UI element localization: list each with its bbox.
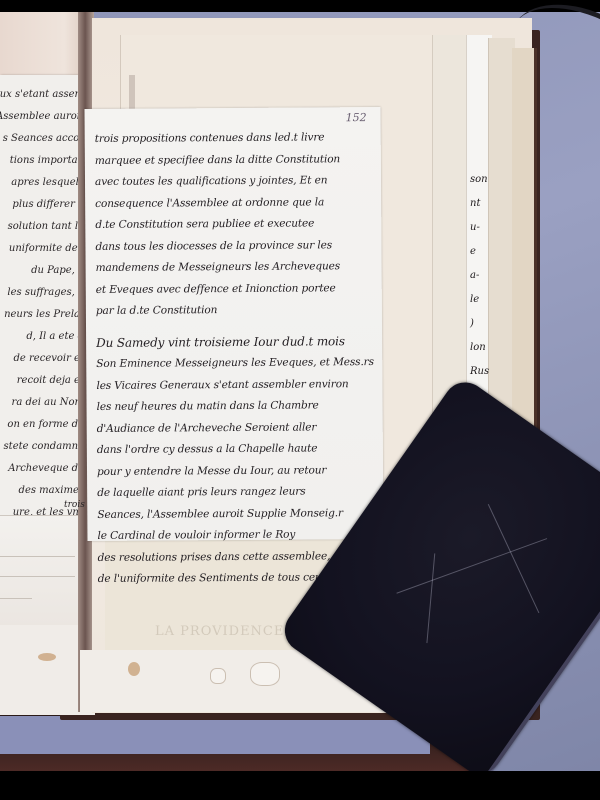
- manuscript-line: le Cardinal de vouloir informer le Roy: [97, 524, 379, 547]
- bottom-black-border: [0, 771, 600, 800]
- left-line: les suffrages, a: [7, 287, 84, 298]
- manuscript-line: dans l'ordre cy dessus a la Chapelle hau…: [97, 438, 379, 461]
- strip-word: a-: [470, 264, 492, 288]
- left-line: ra dei au Nom: [12, 397, 84, 408]
- strip-word: nt: [470, 192, 492, 216]
- table-strip: [0, 716, 430, 754]
- manuscript-entry-heading: Du Samedy vint troisieme Iour dud.t mois: [96, 330, 378, 353]
- strip-word: le: [470, 288, 492, 312]
- left-line: on en forme de: [7, 419, 84, 430]
- left-line: Assemblee auroit: [0, 111, 84, 122]
- manuscript-line: les neuf heures du matin dans la Chambre: [97, 395, 379, 418]
- left-line: neurs les Prelat: [4, 309, 84, 320]
- left-line: de recevoir et: [14, 353, 84, 364]
- manuscript-line: dans tous les diocesses de la province s…: [95, 234, 377, 257]
- left-catchword: trois: [64, 500, 85, 510]
- left-line: tions importan: [10, 155, 84, 166]
- strip-word: lon: [470, 336, 492, 360]
- strip-word: son: [470, 168, 492, 192]
- manuscript-line: pour y entendre la Messe du Iour, au ret…: [97, 459, 379, 482]
- left-line: plus differer a: [12, 199, 84, 210]
- manuscript-line: Seances, l'Assemblee auroit Supplie Mons…: [97, 502, 379, 525]
- folio-number: 152: [346, 111, 367, 124]
- manuscript-line: consequence l'Assemblee at ordonne que l…: [95, 191, 377, 214]
- left-line: du Pape, a: [31, 265, 84, 276]
- left-line: recoit deja et: [17, 375, 84, 386]
- left-line: s Seances accor: [3, 133, 84, 144]
- manuscript-line: marquee et specifiee dans la ditte Const…: [95, 148, 377, 171]
- left-line: apres lesquels: [11, 177, 84, 188]
- manuscript-line: de laquelle aiant pris leurs rangez leur…: [97, 481, 379, 504]
- page-strip-edge: [512, 48, 537, 468]
- left-line: stete condamne: [4, 441, 84, 452]
- left-line: des maximes: [19, 485, 84, 496]
- strip-word: ): [470, 312, 492, 336]
- manuscript-line: d'Audiance de l'Archeveche Seroient alle…: [97, 416, 379, 439]
- left-line: d, Il a ete d: [26, 331, 84, 342]
- strip-word: u-: [470, 216, 492, 240]
- manuscript-line: et Eveques avec deffence et Inionction p…: [96, 277, 378, 300]
- left-line: solution tant le: [8, 221, 84, 232]
- left-line: aux s'etant assem: [0, 89, 84, 100]
- strip-word: Rus: [470, 360, 492, 384]
- left-manuscript-sheet: aux s'etant assem Assemblee auroit s Sea…: [0, 75, 88, 515]
- manuscript-line: les Vicaires Generaux s'etant assembler …: [96, 373, 378, 396]
- manuscript-line: Son Eminence Messeigneurs les Eveques, e…: [96, 352, 378, 375]
- left-line: uniformite de l: [9, 243, 84, 254]
- manuscript-line: avec toutes les qualifications y jointes…: [95, 170, 377, 193]
- manuscript-line: d.te Constitution sera publiee et execut…: [95, 213, 377, 236]
- manuscript-line: trois propositions contenues dans led.t …: [95, 127, 377, 150]
- manuscript-line: par la d.te Constitution: [96, 299, 378, 322]
- manuscript-line: mandemens de Messeigneurs les Archeveque…: [96, 256, 378, 279]
- left-paper-scraps: [0, 515, 80, 626]
- top-black-border: [0, 0, 600, 12]
- strip-word: e: [470, 240, 492, 264]
- manuscript-text: trois propositions contenues dans led.t …: [95, 127, 380, 590]
- left-line: Archeveque de: [8, 463, 84, 474]
- manuscript-leaf: 152 trois propositions contenues dans le…: [84, 107, 383, 541]
